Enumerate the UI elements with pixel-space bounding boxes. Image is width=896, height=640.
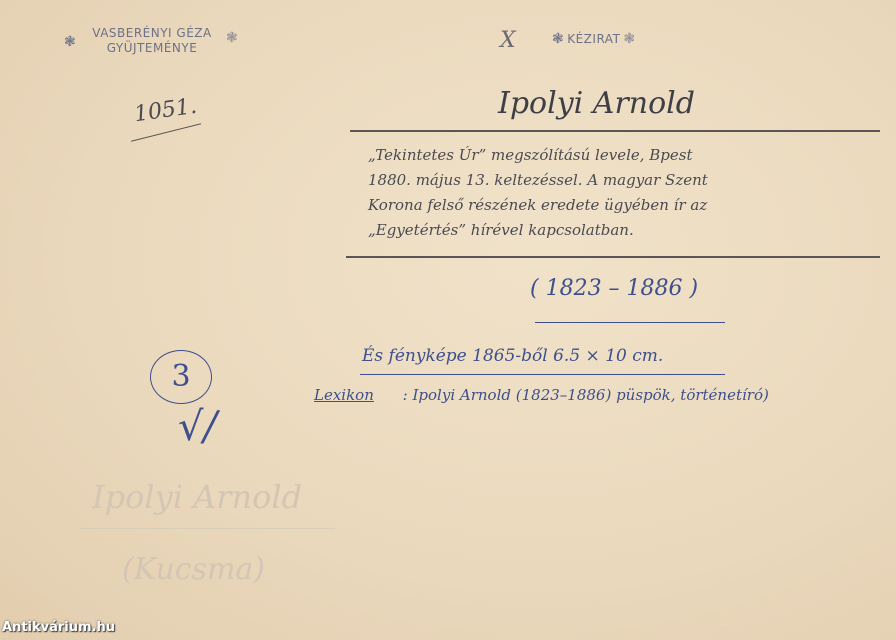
collection-stamp: ❃ VASBERÉNYI GÉZA GYÜJTEMÉNYE ❃ xyxy=(64,26,244,56)
flower-icon: ❃ xyxy=(64,34,76,50)
x-mark: X xyxy=(500,28,516,53)
check-mark: √/ xyxy=(178,404,217,450)
lexicon-entry: Lexikon : Ipolyi Arnold (1823–1886) püsp… xyxy=(314,386,769,404)
faded-note: (Kucsma) xyxy=(122,552,265,587)
collection-stamp-line1: VASBERÉNYI GÉZA xyxy=(82,26,222,41)
description-line: 1880. május 13. keltezéssel. A magyar Sz… xyxy=(368,171,708,189)
photo-note: És fényképe 1865-ből 6.5 × 10 cm. xyxy=(362,346,663,366)
top-rule xyxy=(350,130,880,132)
manuscript-stamp-label: KÉZIRAT xyxy=(567,32,620,47)
flower-icon: ❃ xyxy=(552,32,564,47)
bottom-rule xyxy=(346,256,880,258)
description-line: „Tekintetes Úr” megszólítású levele, Bpe… xyxy=(368,146,693,164)
catalog-number: 1051. xyxy=(133,94,199,128)
description-line: „Egyetértés” hírével kapcsolatban. xyxy=(368,221,634,239)
flower-icon: ❃ xyxy=(226,30,238,46)
life-dates-underline xyxy=(535,322,725,323)
archival-card: ❃ VASBERÉNYI GÉZA GYÜJTEMÉNYE ❃ X ❃ KÉZI… xyxy=(0,0,896,640)
photo-note-underline xyxy=(360,374,725,375)
manuscript-stamp: ❃ KÉZIRAT ❃ xyxy=(552,32,636,47)
watermark: Antikvárium.hu xyxy=(2,620,115,635)
item-count-circle: 3 xyxy=(150,350,212,404)
description-line: Korona felső részének eredete ügyében ír… xyxy=(368,196,707,214)
lexicon-label: Lexikon xyxy=(314,386,374,404)
flower-icon: ❃ xyxy=(623,32,635,47)
faded-underline xyxy=(80,528,335,529)
collection-stamp-line2: GYÜJTEMÉNYE xyxy=(82,41,222,56)
faded-name: Ipolyi Arnold xyxy=(92,478,302,516)
lexicon-text: : Ipolyi Arnold (1823–1886) püspök, tört… xyxy=(403,386,769,404)
life-dates: ( 1823 – 1886 ) xyxy=(530,276,698,301)
card-title: Ipolyi Arnold xyxy=(498,86,695,121)
